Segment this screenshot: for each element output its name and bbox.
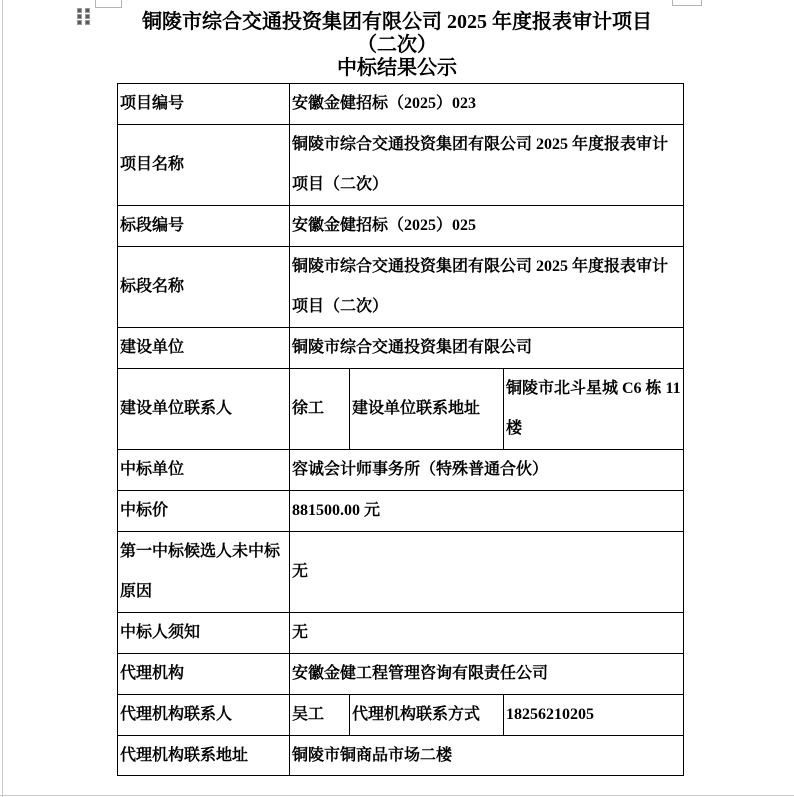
cell-text: 铜陵市北斗星城 C6 栋 11 楼 bbox=[506, 369, 683, 449]
row-value-cell: 容诚会计师事务所（特殊普通合伙） bbox=[290, 450, 683, 490]
page-bottom-edge-line bbox=[0, 795, 794, 796]
row-value-cell: 安徽金健招标（2025）025 bbox=[290, 206, 683, 246]
table-row: 标段名称 铜陵市综合交通投资集团有限公司 2025 年度报表审计项目（二次） bbox=[118, 247, 683, 328]
cell-text: 安徽金健招标（2025）023 bbox=[292, 84, 476, 124]
cell-text: 无 bbox=[292, 552, 308, 592]
row-value-cell: 铜陵市北斗星城 C6 栋 11 楼 bbox=[504, 369, 683, 449]
row-label-cell: 代理机构联系地址 bbox=[118, 736, 290, 775]
cell-text: 容诚会计师事务所（特殊普通合伙） bbox=[292, 450, 548, 490]
cell-text: 建设单位 bbox=[120, 328, 184, 368]
cell-text: 代理机构联系方式 bbox=[352, 695, 480, 735]
row-value-cell: 无 bbox=[290, 613, 683, 653]
cell-text: 徐工 bbox=[292, 389, 324, 429]
row-label-cell: 代理机构联系人 bbox=[118, 695, 290, 735]
cell-text: 铜陵市综合交通投资集团有限公司 bbox=[292, 328, 532, 368]
cell-text: 建设单位联系地址 bbox=[352, 389, 480, 429]
table-row: 代理机构 安徽金健工程管理咨询有限责任公司 bbox=[118, 654, 683, 695]
cell-text: 项目编号 bbox=[120, 84, 184, 124]
row-value-cell: 安徽金健招标（2025）023 bbox=[290, 84, 683, 124]
column-marker-left bbox=[95, 0, 122, 8]
row-label-cell: 标段编号 bbox=[118, 206, 290, 246]
row-label-cell: 中标单位 bbox=[118, 450, 290, 490]
row-label-cell: 第一中标候选人未中标原因 bbox=[118, 532, 290, 612]
row-value-cell: 徐工 bbox=[290, 369, 350, 449]
bid-result-table: 项目编号 安徽金健招标（2025）023 项目名称 铜陵市综合交通投资集团有限公… bbox=[117, 83, 684, 776]
table-row: 建设单位联系人 徐工 建设单位联系地址 铜陵市北斗星城 C6 栋 11 楼 bbox=[118, 369, 683, 450]
table-row: 代理机构联系人 吴工 代理机构联系方式 18256210205 bbox=[118, 695, 683, 736]
row-label-cell: 建设单位 bbox=[118, 328, 290, 368]
cell-text: 18256210205 bbox=[506, 695, 594, 735]
cell-text: 代理机构联系人 bbox=[120, 695, 232, 735]
cell-text: 中标价 bbox=[120, 491, 168, 531]
row-value-cell: 吴工 bbox=[290, 695, 350, 735]
cell-text: 中标单位 bbox=[120, 450, 184, 490]
cell-text: 代理机构 bbox=[120, 654, 184, 694]
row-label-cell: 中标人须知 bbox=[118, 613, 290, 653]
column-marker-right bbox=[672, 0, 702, 6]
row-label-cell: 标段名称 bbox=[118, 247, 290, 327]
cell-text: 建设单位联系人 bbox=[120, 389, 232, 429]
row-value-cell: 铜陵市综合交通投资集团有限公司 2025 年度报表审计项目（二次） bbox=[290, 125, 683, 205]
cell-text: 铜陵市综合交通投资集团有限公司 2025 年度报表审计项目（二次） bbox=[292, 125, 683, 205]
table-row: 标段编号 安徽金健招标（2025）025 bbox=[118, 206, 683, 247]
table-row: 中标人须知 无 bbox=[118, 613, 683, 654]
row-label-cell: 建设单位联系人 bbox=[118, 369, 290, 449]
cell-text: 标段名称 bbox=[120, 267, 184, 307]
document-title: 铜陵市综合交通投资集团有限公司 2025 年度报表审计项目 （二次） 中标结果公… bbox=[0, 11, 794, 80]
row-label-cell: 项目编号 bbox=[118, 84, 290, 124]
cell-text: 标段编号 bbox=[120, 206, 184, 246]
row-value-cell: 铜陵市综合交通投资集团有限公司 2025 年度报表审计项目（二次） bbox=[290, 247, 683, 327]
cell-text: 代理机构联系地址 bbox=[120, 736, 248, 775]
title-line-3: 中标结果公示 bbox=[0, 57, 794, 80]
row-value-cell: 铜陵市铜商品市场二楼 bbox=[290, 736, 683, 775]
table-row: 项目名称 铜陵市综合交通投资集团有限公司 2025 年度报表审计项目（二次） bbox=[118, 125, 683, 206]
row-value-cell: 铜陵市综合交通投资集团有限公司 bbox=[290, 328, 683, 368]
row-label-cell: 代理机构联系方式 bbox=[350, 695, 504, 735]
row-value-cell: 无 bbox=[290, 532, 683, 612]
row-value-cell: 18256210205 bbox=[504, 695, 683, 735]
row-label-cell: 项目名称 bbox=[118, 125, 290, 205]
cell-text: 中标人须知 bbox=[120, 613, 200, 653]
table-row: 第一中标候选人未中标原因 无 bbox=[118, 532, 683, 613]
title-line-1: 铜陵市综合交通投资集团有限公司 2025 年度报表审计项目 bbox=[0, 11, 794, 34]
row-label-cell: 中标价 bbox=[118, 491, 290, 531]
cell-text: 铜陵市综合交通投资集团有限公司 2025 年度报表审计项目（二次） bbox=[292, 247, 683, 327]
cell-text: 吴工 bbox=[292, 695, 324, 735]
cell-text: 第一中标候选人未中标原因 bbox=[120, 532, 289, 612]
table-row: 中标价 881500.00 元 bbox=[118, 491, 683, 532]
row-label-cell: 代理机构 bbox=[118, 654, 290, 694]
cell-text: 881500.00 元 bbox=[292, 491, 380, 531]
row-value-cell: 881500.00 元 bbox=[290, 491, 683, 531]
cell-text: 安徽金健工程管理咨询有限责任公司 bbox=[292, 654, 548, 694]
table-row: 代理机构联系地址 铜陵市铜商品市场二楼 bbox=[118, 736, 683, 775]
cell-text: 项目名称 bbox=[120, 145, 184, 185]
table-row: 项目编号 安徽金健招标（2025）023 bbox=[118, 84, 683, 125]
title-line-2: （二次） bbox=[0, 34, 794, 57]
cell-text: 无 bbox=[292, 613, 308, 653]
row-label-cell: 建设单位联系地址 bbox=[350, 369, 504, 449]
table-row: 中标单位 容诚会计师事务所（特殊普通合伙） bbox=[118, 450, 683, 491]
cell-text: 安徽金健招标（2025）025 bbox=[292, 206, 476, 246]
cell-text: 铜陵市铜商品市场二楼 bbox=[292, 736, 452, 775]
table-row: 建设单位 铜陵市综合交通投资集团有限公司 bbox=[118, 328, 683, 369]
row-value-cell: 安徽金健工程管理咨询有限责任公司 bbox=[290, 654, 683, 694]
page-left-edge-line bbox=[2, 0, 3, 797]
